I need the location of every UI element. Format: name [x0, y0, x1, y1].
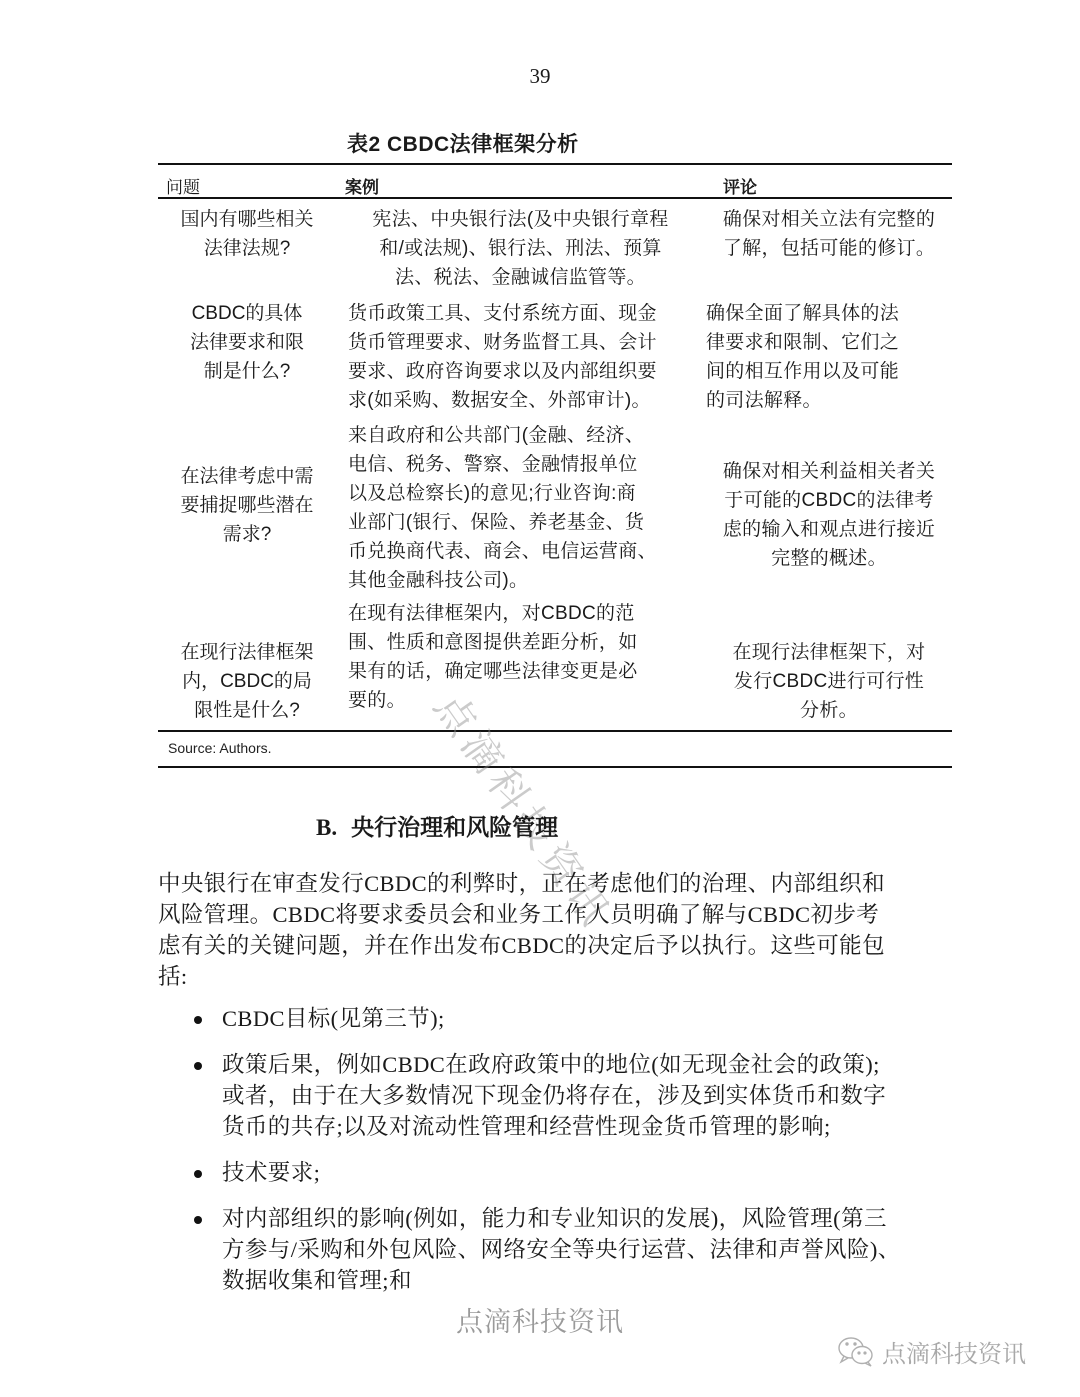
- bullet-icon: [194, 1170, 202, 1178]
- table-row: CBDC的具体 法律要求和限 制是什么? 货币政策工具、支付系统方面、现金 货币…: [158, 295, 952, 419]
- wechat-icon: [836, 1335, 876, 1369]
- cell-comment: 确保对相关立法有完整的 了解，包括可能的修订。: [706, 205, 952, 263]
- section-letter: B.: [316, 815, 337, 840]
- table-bottom-rule: [158, 766, 952, 768]
- bullet-icon: [194, 1062, 202, 1070]
- cell-case: 货币政策工具、支付系统方面、现金 货币管理要求、财务监督工具、会计 要求、政府咨…: [348, 299, 693, 415]
- table-caption: 表2 CBDC法律框架分析: [347, 128, 579, 158]
- list-item: 政策后果，例如CBDC在政府政策中的地位(如无现金社会的政策); 或者，由于在大…: [158, 1049, 958, 1142]
- cell-case: 在现有法律框架内，对CBDC的范 围、性质和意图提供差距分析，如 果有的话，确定…: [348, 599, 693, 715]
- body-paragraph: 中央银行在审查发行CBDC的利弊时，正在考虑他们的治理、内部组织和 风险管理。C…: [158, 868, 958, 992]
- list-item: 对内部组织的影响(例如，能力和专业知识的发展)，风险管理(第三 方参与/采购和外…: [158, 1203, 958, 1296]
- cell-question: CBDC的具体 法律要求和限 制是什么?: [158, 299, 336, 386]
- table-row: 在法律考虑中需 要捕捉哪些潜在 需求? 来自政府和公共部门(金融、经济、 电信、…: [158, 419, 952, 597]
- column-header-case: 案例: [345, 173, 379, 198]
- cell-case: 来自政府和公共部门(金融、经济、 电信、税务、警察、金融情报单位 以及总检察长)…: [348, 421, 693, 595]
- bullet-list: CBDC目标(见第三节); 政策后果，例如CBDC在政府政策中的地位(如无现金社…: [158, 1003, 958, 1311]
- table-row: 国内有哪些相关 法律法规? 宪法、中央银行法(及中央银行章程 和/或法规)、银行…: [158, 199, 952, 295]
- legal-framework-table: 问题 案例 评论 国内有哪些相关 法律法规? 宪法、中央银行法(及中央银行章程 …: [158, 163, 952, 768]
- cell-case: 宪法、中央银行法(及中央银行章程 和/或法规)、银行法、刑法、预算 法、税法、金…: [348, 205, 693, 292]
- cell-question: 在现行法律框架 内，CBDC的局 限性是什么?: [158, 638, 336, 725]
- table-header: 问题 案例 评论: [158, 165, 952, 197]
- table-source: Source: Authors.: [158, 732, 952, 766]
- wechat-watermark: 点滴科技资讯: [836, 1334, 1026, 1369]
- section-title: 央行治理和风险管理: [351, 815, 558, 840]
- cell-comment: 确保对相关利益相关者关 于可能的CBDC的法律考 虑的输入和观点进行接近 完整的…: [706, 457, 952, 573]
- list-item: CBDC目标(见第三节);: [158, 1003, 958, 1034]
- bullet-icon: [194, 1016, 202, 1024]
- page-number: 39: [0, 64, 1080, 89]
- column-header-comment: 评论: [723, 173, 757, 198]
- source-note: Source: Authors.: [168, 740, 272, 756]
- column-header-question: 问题: [166, 173, 200, 198]
- bullet-icon: [194, 1216, 202, 1224]
- cell-comment: 确保全面了解具体的法 律要求和限制、它们之 间的相互作用以及可能 的司法解释。: [706, 299, 952, 415]
- table-row: 在现行法律框架 内，CBDC的局 限性是什么? 在现有法律框架内，对CBDC的范…: [158, 597, 952, 730]
- list-item: 技术要求;: [158, 1157, 958, 1188]
- cell-question: 在法律考虑中需 要捕捉哪些潜在 需求?: [158, 462, 336, 549]
- wechat-account-name: 点滴科技资讯: [882, 1334, 1026, 1369]
- cell-question: 国内有哪些相关 法律法规?: [158, 205, 336, 263]
- cell-comment: 在现行法律框架下，对 发行CBDC进行可行性 分析。: [706, 638, 952, 725]
- section-heading: B.央行治理和风险管理: [316, 809, 558, 842]
